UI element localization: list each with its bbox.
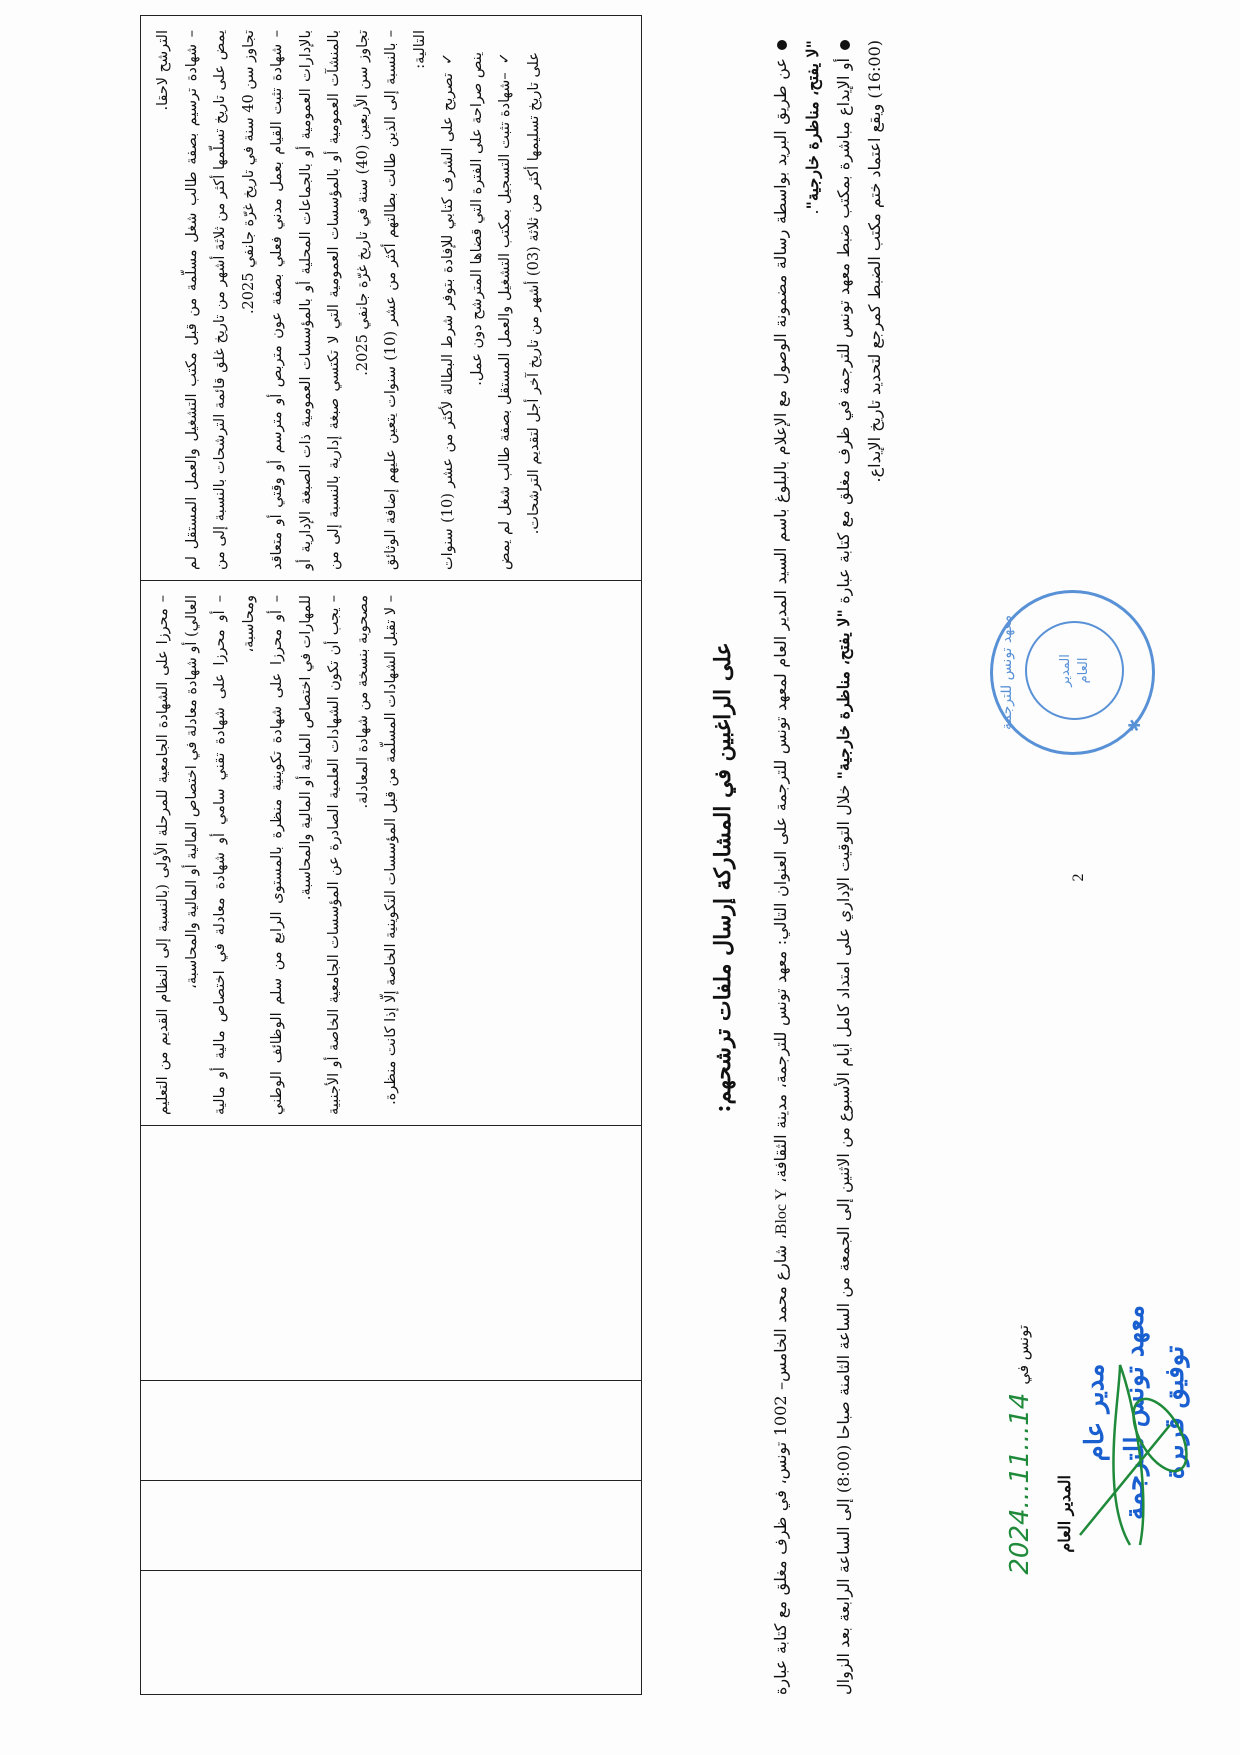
handwritten-date: 2024...11...14 (1005, 1393, 1035, 1575)
instruction-text: "لا يفتح، مناظرة خارجية" (803, 40, 822, 209)
diplomas-text: – محرزا على الشهادة الجامعية للمرحلة الأ… (141, 581, 406, 1125)
table-line: – أو محرزا على شهادة تقني سامي أو شهادة … (206, 595, 263, 1115)
place-date: تونس في 2024...11...14 (1005, 1325, 1035, 1575)
instruction-paragraph: عن طريق البريد بواسطة رسالة مضمونة الوصو… (765, 40, 828, 1695)
section-heading: على الراغبين في المشاركة إرسال ملفات ترش… (710, 0, 736, 1755)
table-empty-cells (141, 1126, 641, 1694)
table-line-text: – أو محرزا على شهادة تكوينية منظرة بالمس… (269, 595, 314, 1115)
table-empty-cell (141, 1126, 641, 1381)
table-line: ✓تصريح على الشرف كتابي للإفادة بتوفر شرط… (434, 30, 491, 570)
signature-block: تونس في 2024...11...14 المدير العام مدير… (1005, 1175, 1235, 1695)
place-label: تونس في (1014, 1325, 1032, 1385)
table-line: – أو محرزا على شهادة تكوينية منظرة بالمس… (263, 595, 320, 1115)
star-icon: ✱ (1125, 719, 1144, 732)
table-line-text: – لا تقبل الشهادات المسلّمة من قبل المؤس… (383, 595, 399, 1105)
table-line-text: – محرزا على الشهادة الجامعية للمرحلة الأ… (155, 595, 200, 1115)
table-line: – بالنسبة إلى الذين طالت بطالتهم أكثر من… (377, 30, 434, 570)
table-empty-cell (141, 1381, 641, 1481)
checkmark-icon: ✓ (497, 52, 513, 64)
table-line-text: – شهادة ترسيم بصفة طالب شغل مسلّمة من قب… (184, 30, 257, 570)
table-cell-required-documents: الترشح لاحقا.– شهادة ترسيم بصفة طالب شغل… (141, 16, 641, 581)
table-line-text: – أو محرزا على شهادة تقني سامي أو شهادة … (212, 595, 257, 1115)
table-line-text: –شهادة تثبت التسجيل بمكتب التشغيل والعمل… (497, 52, 542, 570)
instruction-text: ، شارع محمد الخامس– 1002 تونس، في ظرف مغ… (771, 1234, 790, 1695)
table-line: ✓–شهادة تثبت التسجيل بمكتب التشغيل والعم… (491, 30, 548, 570)
instruction-text: . (803, 209, 822, 214)
table-line: – يجب أن تكون الشهادات العلمية الصادرة ع… (320, 595, 377, 1115)
submission-instructions: عن طريق البريد بواسطة رسالة مضمونة الوصو… (765, 40, 890, 1695)
stamp-ring-text: معهد تونس للترجمة (999, 593, 1015, 752)
requirements-table: الترشح لاحقا.– شهادة ترسيم بصفة طالب شغل… (140, 15, 642, 1695)
table-line: – شهادة ترسيم بصفة طالب شغل مسلّمة من قب… (178, 30, 264, 570)
page-number: 2 (1070, 0, 1088, 1755)
table-line: – لا تقبل الشهادات المسلّمة من قبل المؤس… (377, 595, 406, 1115)
instruction-text: "لا يفتح، مناظرة خارجية" (834, 609, 853, 779)
table-empty-cell (141, 1481, 641, 1571)
table-line-text: الترشح لاحقا. (155, 30, 171, 111)
instruction-text: عن طريق البريد بواسطة رسالة مضمونة الوصو… (771, 58, 790, 1189)
table-cell-diplomas: – محرزا على الشهادة الجامعية للمرحلة الأ… (141, 581, 641, 1126)
table-line-text: – شهادة تثبت القيام بعمل مدني فعلي بصفة … (269, 30, 371, 570)
checkmark-icon: ✓ (440, 52, 456, 65)
instruction-paragraph: أو الإيداع مباشرة بمكتب ضبط معهد تونس لل… (828, 40, 890, 1695)
instruction-text: أو الإيداع مباشرة بمكتب ضبط معهد تونس لل… (834, 58, 853, 609)
table-line: – شهادة تثبت القيام بعمل مدني فعلي بصفة … (263, 30, 377, 570)
table-line-text: تصريح على الشرف كتابي للإفادة بتوفر شرط … (440, 52, 485, 570)
instruction-text: Bloc Y (773, 1189, 790, 1235)
table-empty-cell (141, 1571, 641, 1694)
bullet-icon (777, 40, 787, 50)
table-line-text: – بالنسبة إلى الذين طالت بطالتهم أكثر من… (383, 30, 428, 570)
document-page: الترشح لاحقا.– شهادة ترسيم بصفة طالب شغل… (0, 0, 1240, 1755)
required-documents-text: الترشح لاحقا.– شهادة ترسيم بصفة طالب شغل… (141, 16, 548, 580)
table-line: الترشح لاحقا. (149, 30, 178, 570)
table-line: – محرزا على الشهادة الجامعية للمرحلة الأ… (149, 595, 206, 1115)
table-line-text: – يجب أن تكون الشهادات العلمية الصادرة ع… (326, 595, 371, 1115)
bullet-icon (840, 40, 850, 50)
